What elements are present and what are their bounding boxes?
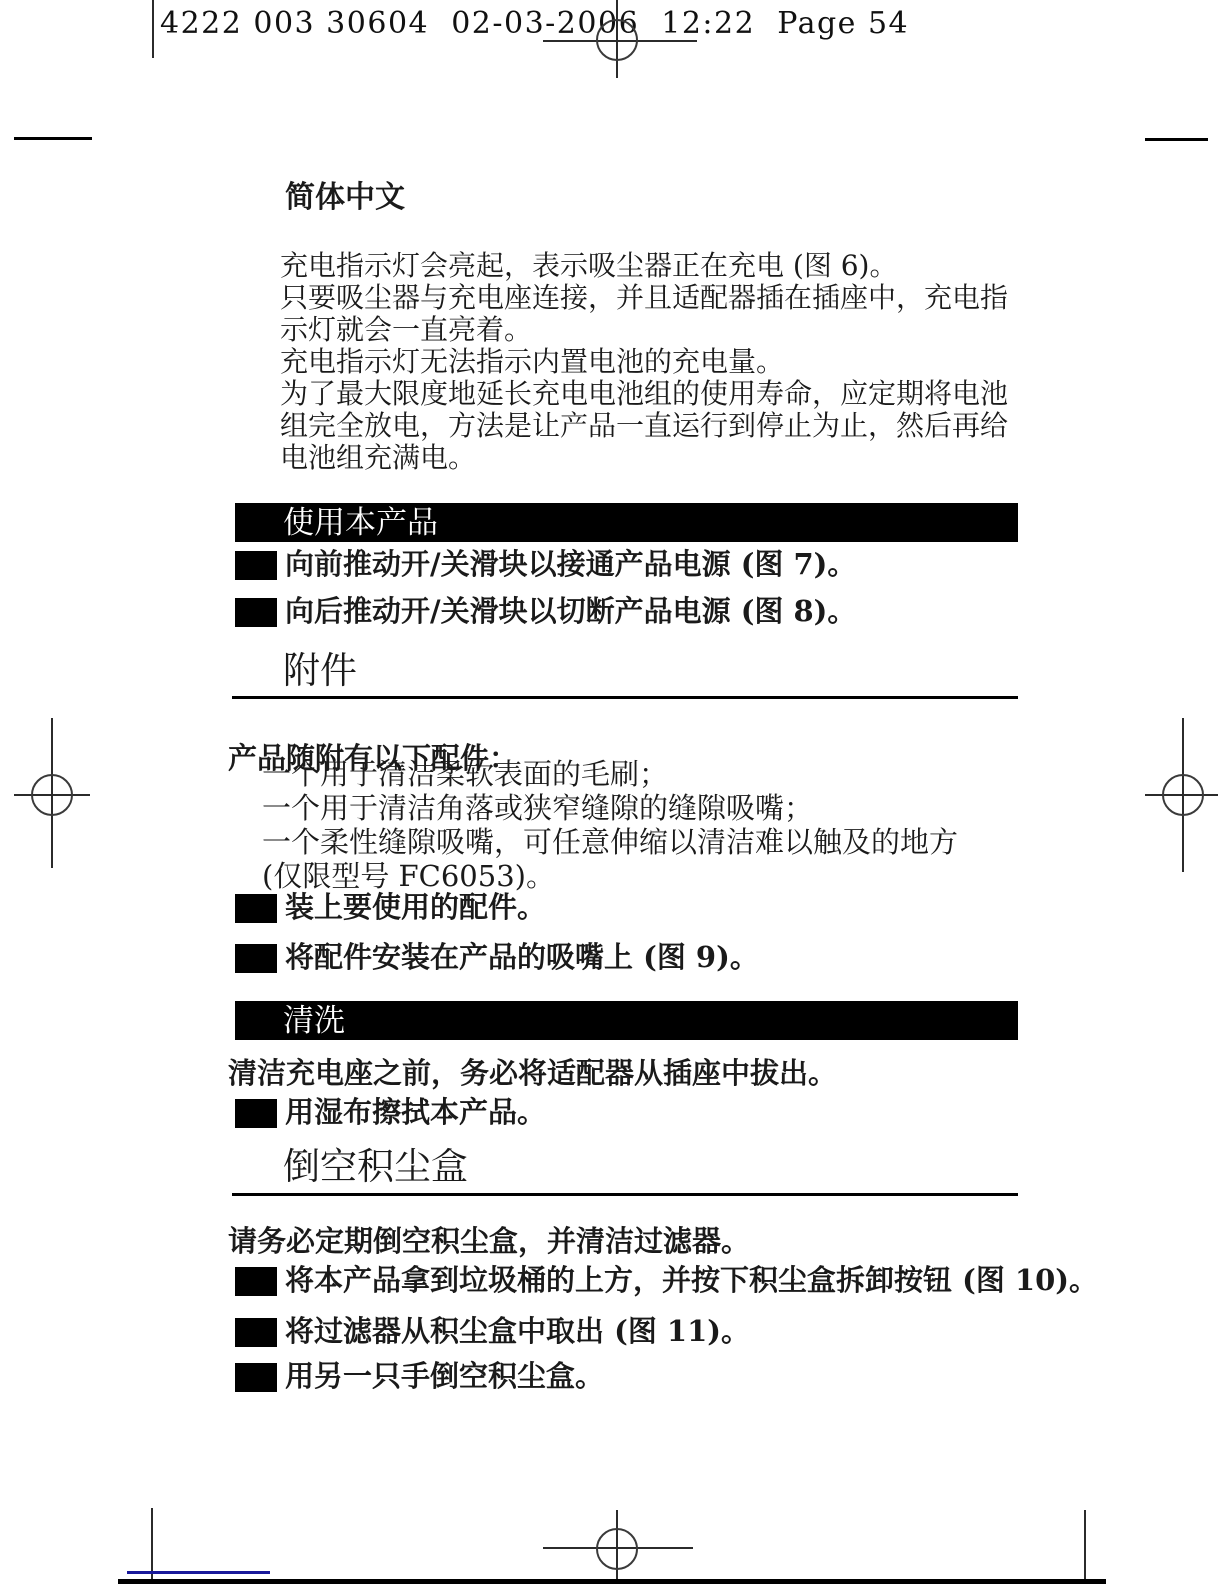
section-rule	[232, 1193, 1018, 1196]
section-bar-usage: 使用本产品	[235, 503, 1018, 542]
bullet-square-icon	[235, 1363, 277, 1392]
paragraph-line: 示灯就会一直亮着。	[280, 314, 1008, 346]
page-bottom-edge	[118, 1579, 1106, 1584]
step-text: 用另一只手倒空积尘盒。	[285, 1359, 604, 1394]
accessory-item: (仅限型号 FC6053)。	[262, 859, 958, 893]
crop-mark-top-right	[1145, 138, 1208, 141]
crop-mark-bottom-left-blue	[127, 1571, 270, 1574]
section-rule	[232, 696, 1018, 699]
section-title-usage: 使用本产品	[235, 503, 1018, 543]
bullet-square-icon	[235, 894, 277, 923]
registration-mark-top-circle	[596, 19, 638, 61]
crop-line-bottom-right-vertical	[1084, 1510, 1086, 1584]
accessories-list: 一个用于清洁柔软表面的毛刷； 一个用于清洁角落或狭窄缝隙的缝隙吸嘴； 一个柔性缝…	[262, 757, 958, 893]
accessory-item: 一个柔性缝隙吸嘴，可任意伸缩以清洁难以触及的地方	[262, 825, 958, 859]
section-bar-cleaning: 清洗	[235, 1001, 1018, 1040]
step-text: 将配件安装在产品的吸嘴上 (图 9)。	[285, 940, 759, 975]
manual-page: 4222 003 30604 02-03-2006 12:22 Page 54 …	[0, 0, 1224, 1584]
step-row: 装上要使用的配件。	[235, 890, 546, 925]
registration-mark-bottom-circle	[596, 1528, 638, 1570]
step-text: 用湿布擦拭本产品。	[285, 1095, 546, 1130]
step-text: 向前推动开/关滑块以接通产品电源 (图 7)。	[285, 547, 856, 582]
section-title-cleaning: 清洗	[235, 1001, 1018, 1041]
cleaning-note: 清洁充电座之前，务必将适配器从插座中拔出。	[228, 1051, 837, 1092]
step-row: 用湿布擦拭本产品。	[235, 1095, 546, 1130]
bullet-square-icon	[235, 1099, 277, 1128]
intro-paragraph: 充电指示灯会亮起，表示吸尘器正在充电 (图 6)。 只要吸尘器与充电座连接，并且…	[280, 250, 1008, 474]
paragraph-line: 充电指示灯无法指示内置电池的充电量。	[280, 346, 1008, 378]
step-row: 用另一只手倒空积尘盒。	[235, 1359, 604, 1394]
bullet-square-icon	[235, 1318, 277, 1347]
registration-mark-right-circle	[1162, 774, 1204, 816]
step-row: 向后推动开/关滑块以切断产品电源 (图 8)。	[235, 594, 856, 629]
paragraph-line: 电池组充满电。	[280, 442, 1008, 474]
paragraph-line: 为了最大限度地延长充电电池组的使用寿命，应定期将电池	[280, 378, 1008, 410]
section-title-accessories: 附件	[283, 650, 357, 692]
step-text: 向后推动开/关滑块以切断产品电源 (图 8)。	[285, 594, 856, 629]
step-row: 将配件安装在产品的吸嘴上 (图 9)。	[235, 940, 759, 975]
bullet-square-icon	[235, 1267, 277, 1296]
accessory-item: 一个用于清洁角落或狭窄缝隙的缝隙吸嘴；	[262, 791, 958, 825]
paragraph-line: 组完全放电，方法是让产品一直运行到停止为止，然后再给	[280, 410, 1008, 442]
print-header: 4222 003 30604 02-03-2006 12:22 Page 54	[160, 6, 909, 41]
language-label: 简体中文	[285, 172, 405, 216]
step-text: 将过滤器从积尘盒中取出 (图 11)。	[285, 1314, 750, 1349]
step-text: 装上要使用的配件。	[285, 890, 546, 925]
section-title-emptying: 倒空积尘盒	[283, 1146, 468, 1188]
step-text: 将本产品拿到垃圾桶的上方，并按下积尘盒拆卸按钮 (图 10)。	[285, 1263, 1098, 1298]
emptying-note: 请务必定期倒空积尘盒，并清洁过滤器。	[228, 1219, 750, 1260]
bullet-square-icon	[235, 944, 277, 973]
paragraph-line: 充电指示灯会亮起，表示吸尘器正在充电 (图 6)。	[280, 250, 1008, 282]
accessory-item: 一个用于清洁柔软表面的毛刷；	[262, 757, 958, 791]
paragraph-line: 只要吸尘器与充电座连接，并且适配器插在插座中，充电指	[280, 282, 1008, 314]
registration-mark-left-circle	[31, 774, 73, 816]
crop-line-header-vertical	[152, 0, 154, 58]
step-row: 将过滤器从积尘盒中取出 (图 11)。	[235, 1314, 750, 1349]
crop-mark-top-left	[14, 137, 92, 140]
bullet-square-icon	[235, 598, 277, 627]
step-row: 向前推动开/关滑块以接通产品电源 (图 7)。	[235, 547, 856, 582]
step-row: 将本产品拿到垃圾桶的上方，并按下积尘盒拆卸按钮 (图 10)。	[235, 1263, 1098, 1298]
bullet-square-icon	[235, 551, 277, 580]
